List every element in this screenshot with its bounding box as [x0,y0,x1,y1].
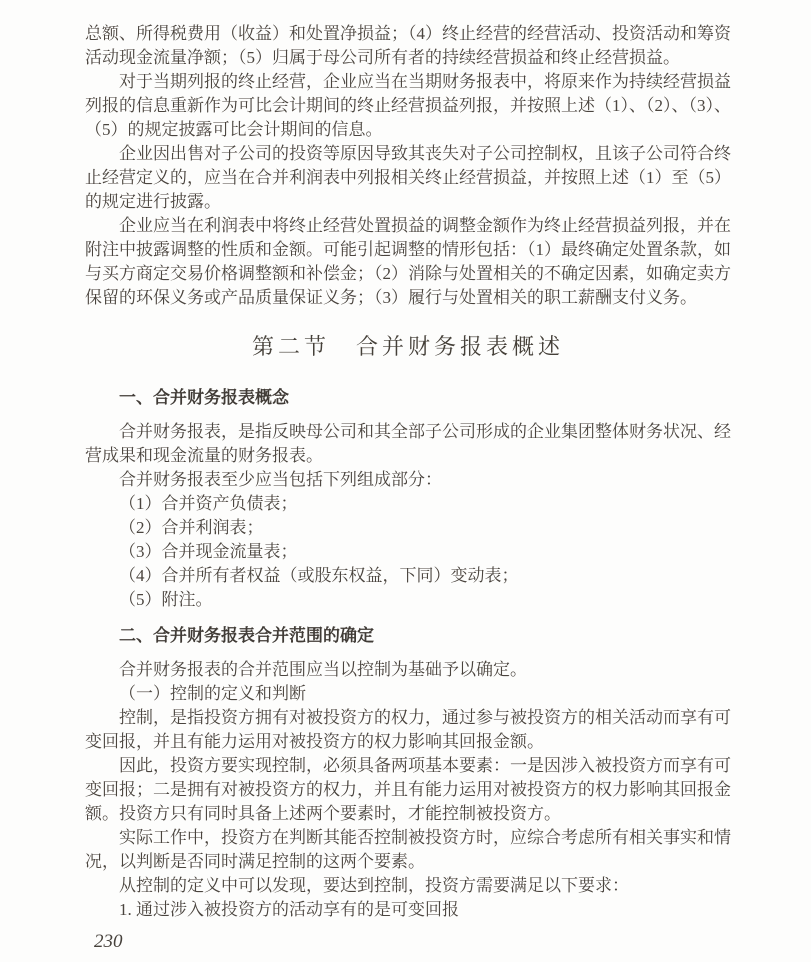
list-item-5: （5）附注。 [85,588,731,612]
paragraph: 因此，投资方要实现控制，必须具备两项基本要素：一是因涉入被投资方而享有可变回报；… [85,754,731,826]
paragraph: 企业应当在利润表中将终止经营处置损益的调整金额作为终止经营损益列报，并在附注中披… [85,214,731,310]
subsection-heading-1: 一、合并财务报表概念 [85,386,731,410]
paragraph: 对于当期列报的终止经营，企业应当在当期财务报表中，将原来作为持续经营损益列报的信… [85,70,731,142]
section-title: 第二节 合并财务报表概述 [85,332,731,362]
paragraph: 从控制的定义中可以发现，要达到控制，投资方需要满足以下要求： [85,874,731,898]
document-page: 总额、所得税费用（收益）和处置净损益；（4）终止经营的经营活动、投资活动和筹资活… [0,0,811,962]
paragraph: 控制，是指投资方拥有对被投资方的权力，通过参与被投资方的相关活动而享有可变回报，… [85,706,731,754]
subsection-heading-2: 二、合并财务报表合并范围的确定 [85,624,731,648]
list-item-3: （3）合并现金流量表； [85,540,731,564]
list-item-1: （1）合并资产负债表； [85,492,731,516]
sub-heading: （一）控制的定义和判断 [85,682,731,706]
text-block: 总额、所得税费用（收益）和处置净损益；（4）终止经营的经营活动、投资活动和筹资活… [85,22,731,922]
paragraph: 合并财务报表至少应当包括下列组成部分： [85,468,731,492]
list-item-4: （4）合并所有者权益（或股东权益，下同）变动表； [85,564,731,588]
list-item-2: （2）合并利润表； [85,516,731,540]
paragraph: 合并财务报表，是指反映母公司和其全部子公司形成的企业集团整体财务状况、经营成果和… [85,420,731,468]
page-number: 230 [94,930,123,954]
paragraph: 合并财务报表的合并范围应当以控制为基础予以确定。 [85,658,731,682]
numbered-heading: 1. 通过涉入被投资方的活动享有的是可变回报 [85,898,731,922]
paragraph-continuation: 总额、所得税费用（收益）和处置净损益；（4）终止经营的经营活动、投资活动和筹资活… [85,22,731,70]
paragraph: 实际工作中，投资方在判断其能否控制被投资方时，应综合考虑所有相关事实和情况，以判… [85,826,731,874]
paragraph: 企业因出售对子公司的投资等原因导致其丧失对子公司控制权，且该子公司符合终止经营定… [85,142,731,214]
